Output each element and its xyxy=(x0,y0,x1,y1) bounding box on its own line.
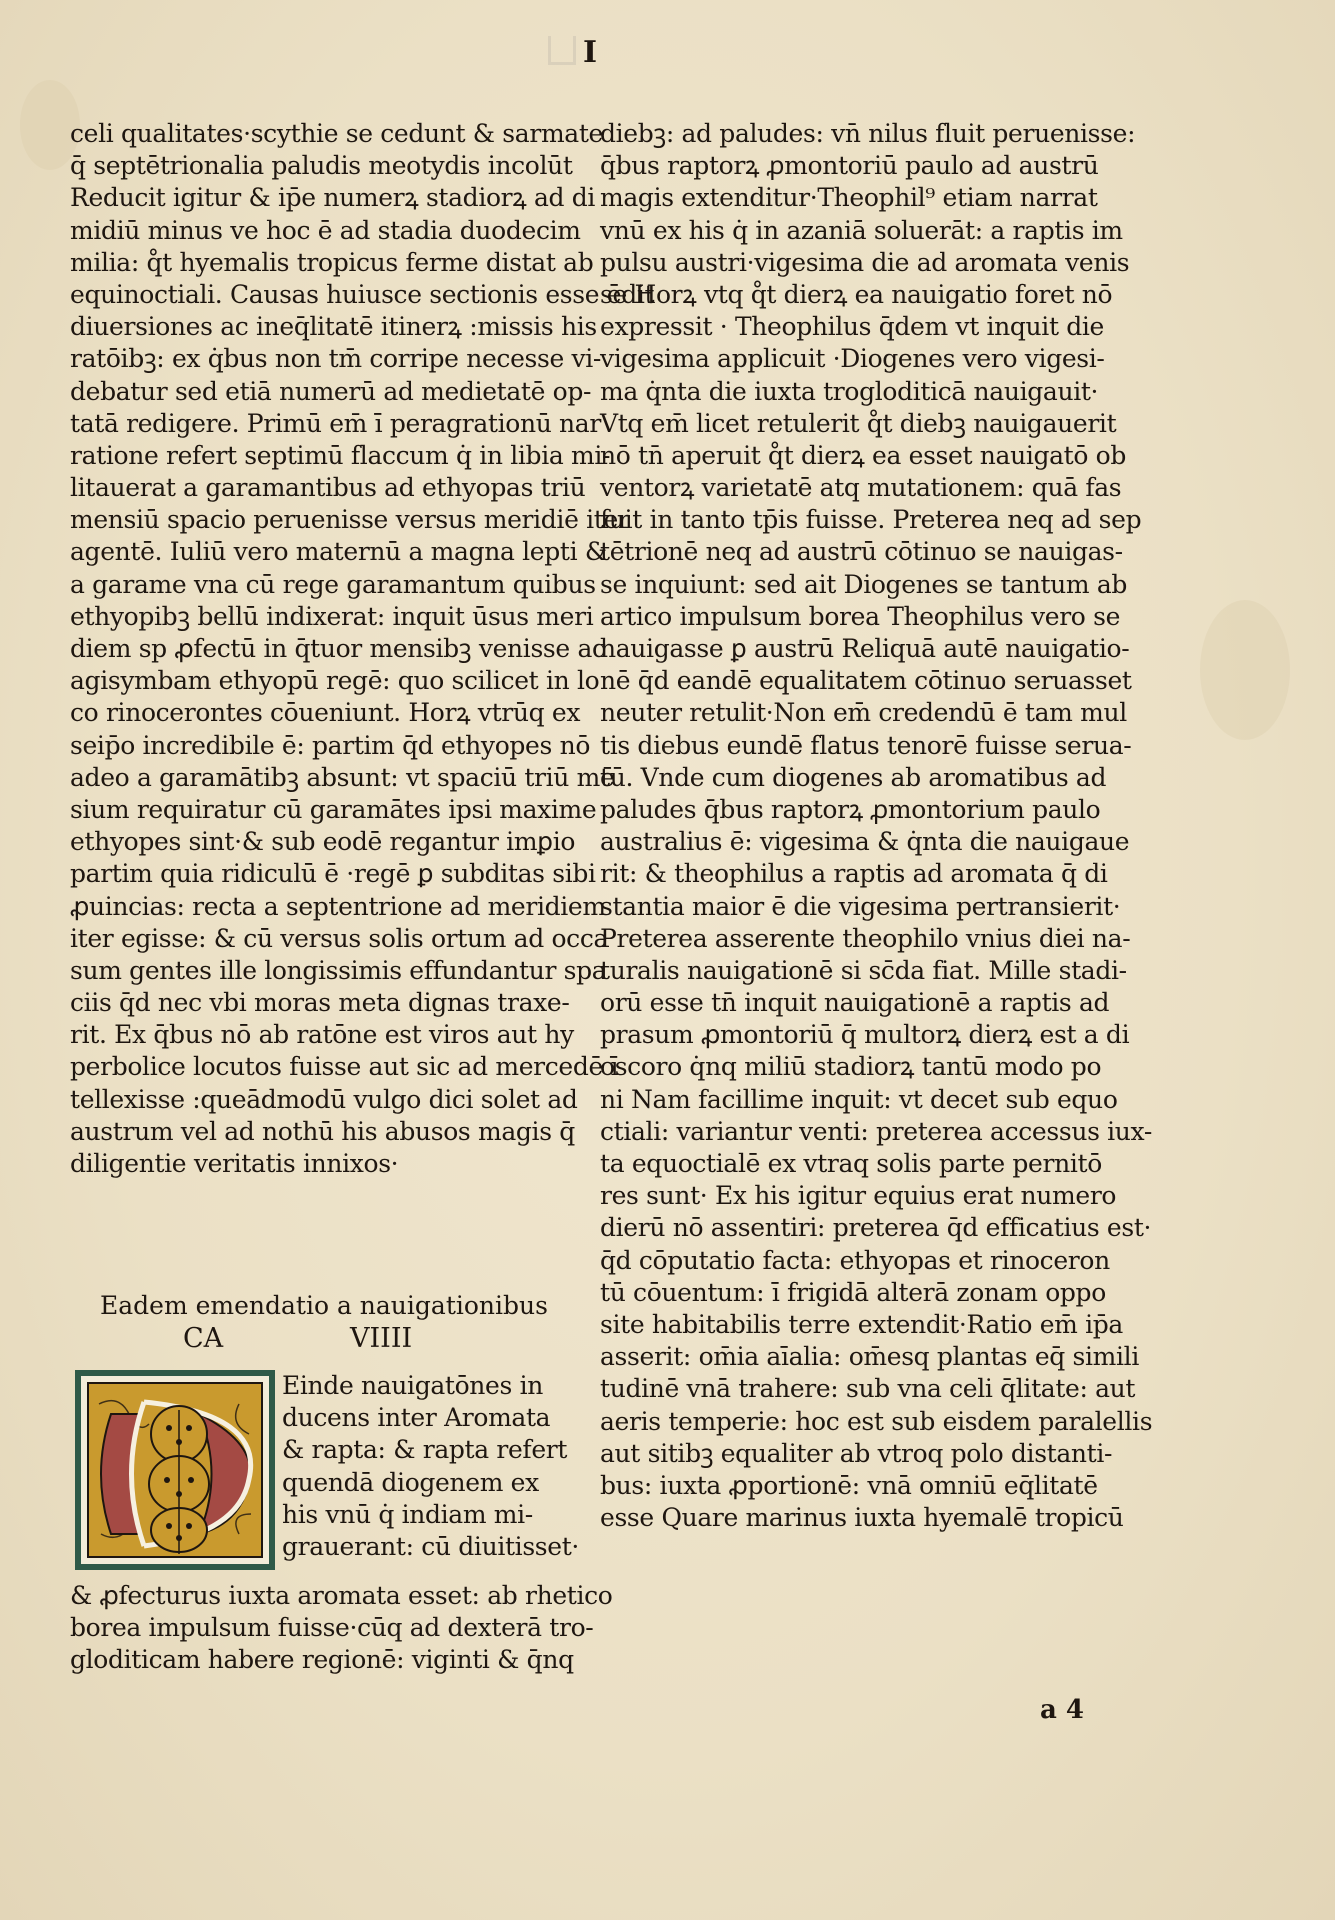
text-line: australius ē: vigesima & q̇nta die nauig… xyxy=(600,826,1078,858)
text-line: rit. Ex q̄bus nō ab ratōne est viros aut… xyxy=(70,1019,558,1051)
text-line: ni Nam facillime inquit: vt decet sub eq… xyxy=(600,1084,1078,1116)
text-line: vigesima applicuit ·Diogenes vero vigesi… xyxy=(600,343,1078,375)
text-line: site habitabilis terre extendit·Ratio em… xyxy=(600,1309,1078,1341)
text-line: borea impulsum fuisse·cūq ad dexterā tro… xyxy=(70,1612,613,1644)
drop-cap-text-lines: Einde nauigatōnes inducens inter Aromata… xyxy=(282,1370,579,1563)
text-line: his vnū q̇ indiam mi- xyxy=(282,1499,579,1531)
text-line: ratōibꝫ: ex q̇bus non tm̄ corripe necess… xyxy=(70,343,558,375)
text-line: prasum ꝓmontoriū q̄ multorꝝ dierꝝ est a … xyxy=(600,1019,1078,1051)
text-line: litauerat a garamantibus ad ethyopas tri… xyxy=(70,472,558,504)
text-line: celi qualitates·scythie se cedunt & sarm… xyxy=(70,118,558,150)
text-line: agentē. Iuliū vero maternū a magna lepti… xyxy=(70,536,558,568)
text-line: midiū minus ve hoc ē ad stadia duodecim xyxy=(70,215,558,247)
text-line: magis extenditur·Theophil⁹ etiam narrat xyxy=(600,182,1078,214)
text-line: ventorꝝ varietatē atq mutationem: quā fa… xyxy=(600,472,1078,504)
text-line: ꝓuincias: recta a septentrione ad meridi… xyxy=(70,891,558,923)
text-line: res sunt· Ex his igitur equius erat nume… xyxy=(600,1180,1078,1212)
bleed-through-mark xyxy=(548,36,576,65)
text-line: iter egisse: & cū versus solis ortum ad … xyxy=(70,923,558,955)
paper-stain xyxy=(1200,600,1290,740)
text-line: a garame vna cū rege garamantum quibus xyxy=(70,569,558,601)
text-line: Einde nauigatōnes in xyxy=(282,1370,579,1402)
text-line: nauigasse ꝑ austrū Reliquā autē nauigati… xyxy=(600,633,1078,665)
book-page: I celi qualitates·scythie se cedunt & sa… xyxy=(0,0,1335,1920)
text-line: nō tn̄ aperuit q̊t dierꝝ ea esset nauiga… xyxy=(600,440,1078,472)
text-line: vnū ex his q̇ in azaniā soluerāt: a rapt… xyxy=(600,215,1078,247)
text-line: milia: q̊t hyemalis tropicus ferme dista… xyxy=(70,247,558,279)
chapter-label: CA xyxy=(183,1323,223,1355)
text-line: equinoctiali. Causas huiusce sectionis e… xyxy=(70,279,558,311)
text-line: q̄ septētrionalia paludis meotydis incol… xyxy=(70,150,558,182)
text-line: stantia maior ē die vigesima pertransier… xyxy=(600,891,1078,923)
text-line: artico impulsum borea Theophilus vero se xyxy=(600,601,1078,633)
text-line: tētrionē neq ad austrū cōtinuo se nauiga… xyxy=(600,536,1078,568)
text-line: tis diebus eundē flatus tenorē fuisse se… xyxy=(600,730,1078,762)
section-heading: Eadem emendatio a nauigationibus xyxy=(100,1290,548,1322)
continuation-text-lines: & ꝓfecturus iuxta aromata esset: ab rhet… xyxy=(70,1580,613,1677)
text-line: ciis q̄d nec vbi moras meta dignas traxe… xyxy=(70,987,558,1019)
text-line: se Horꝝ vtq q̊t dierꝝ ea nauigatio foret… xyxy=(600,279,1078,311)
text-line: q̄d cōputatio facta: ethyopas et rinocer… xyxy=(600,1245,1078,1277)
text-line: ethyopibꝫ bellū indixerat: inquit ūsus m… xyxy=(70,601,558,633)
text-line: diebꝫ: ad paludes: vn̄ nilus fluit perue… xyxy=(600,118,1078,150)
text-line: sium requiratur cū garamātes ipsi maxime xyxy=(70,794,558,826)
text-line: ducens inter Aromata xyxy=(282,1402,579,1434)
text-line: asserit: om̄ia aīalia: om̄esq plantas eq… xyxy=(600,1341,1078,1373)
text-line: tudinē vnā trahere: sub vna celi q̄litat… xyxy=(600,1373,1078,1405)
text-line: & rapta: & rapta refert xyxy=(282,1434,579,1466)
text-line: esse Quare marinus iuxta hyemalē tropicū xyxy=(600,1502,1078,1534)
text-line: q̄bus raptorꝝ ꝓmontoriū paulo ad austrū xyxy=(600,150,1078,182)
text-line: fuit in tanto tp̄is fuisse. Preterea neq… xyxy=(600,504,1078,536)
text-line: tū cōuentum: ī frigidā alterā zonam oppo xyxy=(600,1277,1078,1309)
text-line: sum gentes ille longissimis effundantur … xyxy=(70,955,558,987)
text-line: ratione refert septimū flaccum q̇ in lib… xyxy=(70,440,558,472)
text-line: Reducit igitur & ip̄e numerꝝ stadiorꝝ ad… xyxy=(70,182,558,214)
text-line: aut sitibꝫ equaliter ab vtroq polo dista… xyxy=(600,1438,1078,1470)
text-line: tū. Vnde cum diogenes ab aromatibus ad xyxy=(600,762,1078,794)
text-line: tellexisse :queādmodū vulgo dici solet a… xyxy=(70,1084,558,1116)
chapter-number: VIIII xyxy=(350,1323,412,1355)
text-line: gloditicam habere regionē: viginti & q̄n… xyxy=(70,1644,613,1676)
text-line: perbolice locutos fuisse aut sic ad merc… xyxy=(70,1051,558,1083)
folio-number: I xyxy=(583,38,597,68)
text-line: aeris temperie: hoc est sub eisdem paral… xyxy=(600,1406,1078,1438)
text-line: orū esse tn̄ inquit nauigationē a raptis… xyxy=(600,987,1078,1019)
text-line: oscoro q̇nq miliū stadiorꝝ tantū modo po xyxy=(600,1051,1078,1083)
text-line: grauerant: cū diuitisset· xyxy=(282,1531,579,1563)
text-line: pulsu austri·vigesima die ad aromata ven… xyxy=(600,247,1078,279)
text-line: co rinocerontes cōueniunt. Horꝝ vtrūq ex xyxy=(70,697,558,729)
text-line: ctiali: variantur venti: preterea access… xyxy=(600,1116,1078,1148)
text-line: se inquiunt: sed ait Diogenes se tantum … xyxy=(600,569,1078,601)
text-line: seip̄o incredibile ē: partim q̄d ethyope… xyxy=(70,730,558,762)
text-line: tatā redigere. Primū em̄ ī peragrationū … xyxy=(70,408,558,440)
left-text-column: celi qualitates·scythie se cedunt & sarm… xyxy=(70,118,558,1180)
initial-ornament-icon xyxy=(89,1384,263,1558)
illuminated-initial-d xyxy=(75,1370,275,1570)
text-line: ma q̇nta die iuxta trogloditicā nauigaui… xyxy=(600,376,1078,408)
text-line: expressit · Theophilus q̄dem vt inquit d… xyxy=(600,311,1078,343)
text-line: adeo a garamātibꝫ absunt: vt spaciū triū… xyxy=(70,762,558,794)
text-line: neuter retulit·Non em̄ credendū ē tam mu… xyxy=(600,697,1078,729)
text-line: diuersiones ac ineq̄litatē itinerꝝ :miss… xyxy=(70,311,558,343)
text-line: bus: iuxta ꝓportionē: vnā omniū eq̄litat… xyxy=(600,1470,1078,1502)
text-line: diem sp ꝓfectū in q̄tuor mensibꝫ venisse… xyxy=(70,633,558,665)
text-line: debatur sed etiā numerū ad medietatē op- xyxy=(70,376,558,408)
text-line: paludes q̄bus raptorꝝ ꝓmontorium paulo xyxy=(600,794,1078,826)
text-line: diligentie veritatis innixos· xyxy=(70,1148,558,1180)
text-line: Preterea asserente theophilo vnius diei … xyxy=(600,923,1078,955)
text-line: rit: & theophilus a raptis ad aromata q̄… xyxy=(600,858,1078,890)
text-line: partim quia ridiculū ē ·regē ꝑ subditas … xyxy=(70,858,558,890)
text-line: quendā diogenem ex xyxy=(282,1467,579,1499)
text-line: nē q̄d eandē equalitatem cōtinuo seruass… xyxy=(600,665,1078,697)
text-line: Vtq em̄ licet retulerit q̊t diebꝫ nauiga… xyxy=(600,408,1078,440)
signature-mark: a 4 xyxy=(1040,1695,1084,1725)
text-line: ta equoctialē ex vtraq solis parte perni… xyxy=(600,1148,1078,1180)
text-line: dierū nō assentiri: preterea q̄d efficat… xyxy=(600,1212,1078,1244)
text-line: mensiū spacio peruenisse versus meridiē … xyxy=(70,504,558,536)
text-line: turalis nauigationē si sc̄da fiat. Mille… xyxy=(600,955,1078,987)
text-line: agisymbam ethyopū regē: quo scilicet in … xyxy=(70,665,558,697)
text-line: & ꝓfecturus iuxta aromata esset: ab rhet… xyxy=(70,1580,613,1612)
text-line: austrum vel ad nothū his abusos magis q̄ xyxy=(70,1116,558,1148)
text-line: ethyopes sint·& sub eodē regantur imꝑio xyxy=(70,826,558,858)
right-text-column: diebꝫ: ad paludes: vn̄ nilus fluit perue… xyxy=(600,118,1078,1534)
